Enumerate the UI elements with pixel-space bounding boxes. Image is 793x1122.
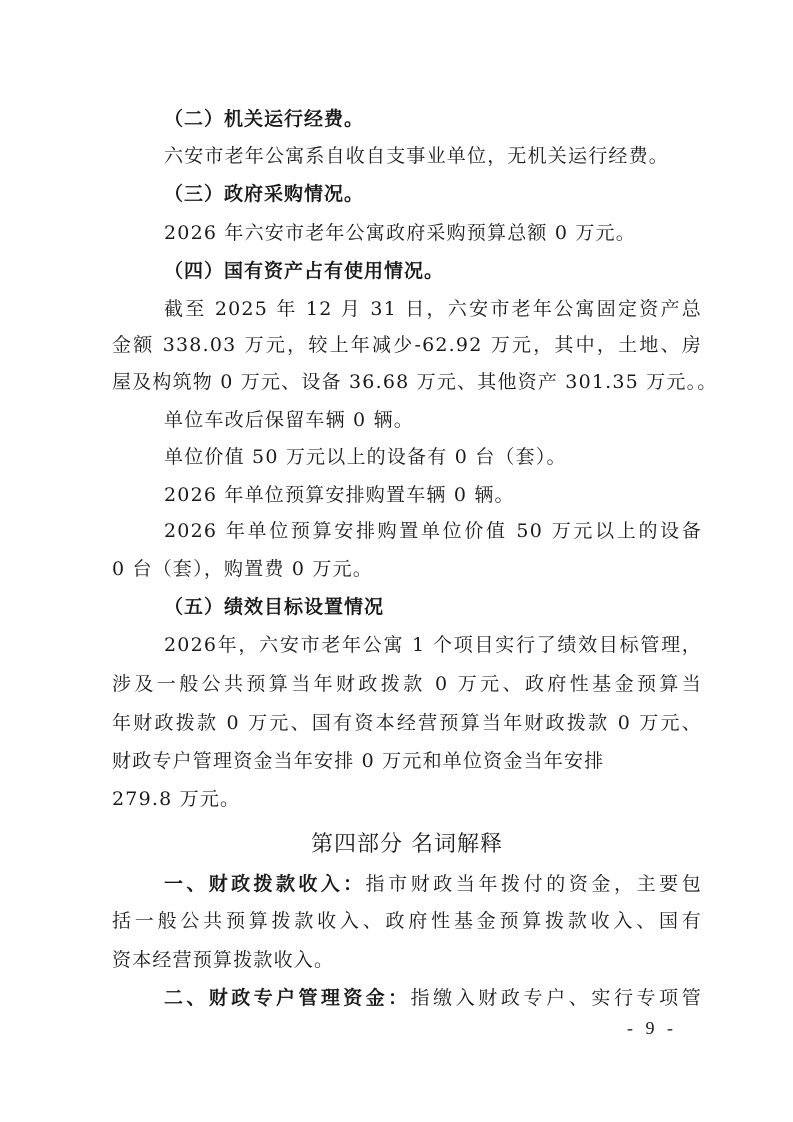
glossary-term-1-line: 括一般公共预算拨款收入、政府性基金预算拨款收入、国有 bbox=[112, 908, 702, 934]
paragraph-equipment-over-50: 单位价值 50 万元以上的设备有 0 台（套）。 bbox=[164, 444, 567, 470]
paragraph-equipment-purchase-line: 0 台（套），购置费 0 万元。 bbox=[112, 556, 373, 582]
paragraph-procurement: 2026 年六安市老年公寓政府采购预算总额 0 万元。 bbox=[164, 220, 636, 246]
section-heading-performance: （五）绩效目标设置情况 bbox=[164, 594, 384, 620]
glossary-term-1: 一、财政拨款收入：指市财政当年拨付的资金，主要包 bbox=[164, 871, 702, 897]
paragraph-assets-line: 截至 2025 年 12 月 31 日，六安市老年公寓固定资产总 bbox=[164, 296, 702, 322]
section-heading-procurement: （三）政府采购情况。 bbox=[164, 181, 364, 207]
paragraph-performance-line: 2026年，六安市老年公寓 1 个项目实行了绩效目标管理， bbox=[164, 632, 702, 658]
glossary-term-1-line: 资本经营预算拨款收入。 bbox=[112, 947, 334, 973]
paragraph-operating-expenses: 六安市老年公寓系自收自支事业单位，无机关运行经费。 bbox=[164, 143, 669, 169]
paragraph-performance-line: 279.8 万元。 bbox=[112, 786, 240, 812]
glossary-term-1-text: 指市财政当年拨付的资金，主要包 bbox=[366, 873, 702, 895]
section-heading-state-assets: （四）国有资产占有使用情况。 bbox=[164, 258, 444, 284]
section-heading-operating-expenses: （二）机关运行经费。 bbox=[164, 106, 364, 132]
paragraph-performance-line: 涉及一般公共预算当年财政拨款 0 万元、政府性基金预算当 bbox=[112, 671, 702, 697]
glossary-term-2: 二、财政专户管理资金：指缴入财政专户、实行专项管 bbox=[164, 985, 702, 1011]
glossary-term-1-label: 一、财政拨款收入： bbox=[164, 873, 366, 895]
page-number: - 9 - bbox=[627, 1018, 677, 1039]
paragraph-performance-line: 财政专户管理资金当年安排 0 万元和单位资金当年安排 bbox=[112, 748, 604, 774]
glossary-term-2-text: 指缴入财政专户、实行专项管 bbox=[410, 987, 702, 1009]
paragraph-performance-line: 年财政拨款 0 万元、国有资本经营预算当年财政拨款 0 万元、 bbox=[112, 710, 702, 736]
paragraph-assets-line: 屋及构筑物 0 万元、设备 36.68 万元、其他资产 301.35 万元。。 bbox=[112, 369, 718, 395]
paragraph-vehicle-purchase: 2026 年单位预算安排购置车辆 0 辆。 bbox=[164, 482, 515, 508]
paragraph-equipment-purchase-line: 2026 年单位预算安排购置单位价值 50 万元以上的设备 bbox=[164, 518, 702, 544]
paragraph-assets-line: 金额 338.03 万元，较上年减少-62.92 万元，其中，土地、房 bbox=[112, 332, 702, 358]
paragraph-vehicles-retained: 单位车改后保留车辆 0 辆。 bbox=[164, 407, 414, 433]
glossary-term-2-label: 二、财政专户管理资金： bbox=[164, 987, 410, 1009]
part-title-glossary: 第四部分 名词解释 bbox=[112, 832, 702, 858]
